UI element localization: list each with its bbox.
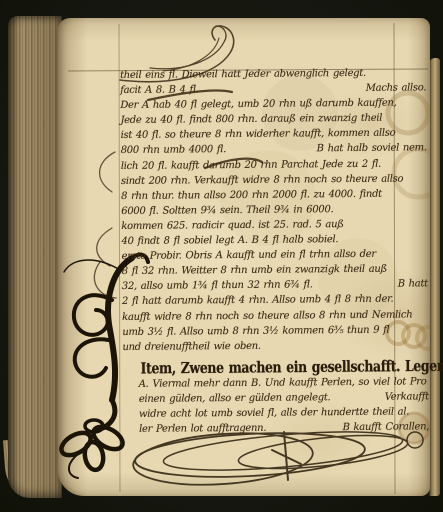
- text-run: 800 rhn umb 4000 fl.: [121, 145, 226, 161]
- handwritten-text-block: theil eins fl. Dieweil hatt Jeder abweng…: [120, 67, 429, 439]
- text-run: 8 rhn thur. thun allso 200 rhn 2000 fl. …: [121, 188, 382, 205]
- text-run: 32, allso umb 1¾ fl thun 32 rhn 6¾ fl.: [122, 280, 313, 297]
- text-line: 8 rhn thur. thun allso 200 rhn 2000 fl. …: [121, 188, 427, 206]
- text-run: facit A 8. B 4 fl.: [120, 84, 199, 100]
- text-line: umb 3½ fl. Allso umb 8 rhn 3½ kommen 6⅗ …: [122, 324, 428, 342]
- text-line: und dreienufftheil wie oben.: [122, 339, 428, 357]
- text-run: 8 fl 32 rhn. Weitter 8 rhn umb ein zwanz…: [122, 264, 387, 281]
- second-paragraph: A. Viermal mehr dann B. Und kaufft Perle…: [139, 376, 430, 439]
- text-line: 8 fl 32 rhn. Weitter 8 rhn umb ein zwanz…: [122, 264, 428, 282]
- section-heading: Item, Zwene machen ein gesellschafft. Le…: [141, 356, 429, 382]
- text-run: Verkaufft: [377, 391, 429, 407]
- text-line: ler Perlen lot aufftragenn.B kaufft Cora…: [139, 421, 429, 439]
- text-run: B hat halb soviel nem.: [309, 143, 427, 159]
- text-run: ler Perlen lot aufftragenn.: [139, 423, 266, 439]
- text-run: B kaufft Corallen,: [335, 421, 430, 437]
- text-run: umb 3½ fl. Allso umb 8 rhn 3½ kommen 6⅗ …: [122, 324, 389, 341]
- text-run: Machs allso.: [358, 82, 427, 98]
- book-fore-edge: [8, 16, 62, 498]
- book-photo: theil eins fl. Dieweil hatt Jeder abweng…: [0, 0, 443, 512]
- text-run: einen gülden, allso er gülden angelegt.: [139, 392, 331, 409]
- text-run: und dreienufftheil wie oben.: [122, 340, 260, 356]
- text-run: theil eins fl. Dieweil hatt Jeder abweng…: [120, 68, 366, 85]
- adjacent-page-edge: [429, 58, 440, 496]
- text-run: B hatt: [390, 279, 428, 294]
- manuscript-page: theil eins fl. Dieweil hatt Jeder abweng…: [58, 18, 430, 496]
